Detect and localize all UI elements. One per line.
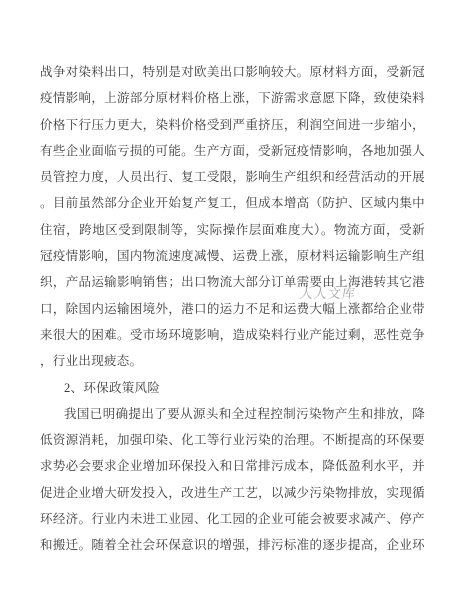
text-line: 冠疫情影响，国内物流速度减慢、运费上涨，原材料运输影响生产组 (40, 243, 425, 269)
text-line: 来很大的困难。受市场环境影响，造成染料行业产能过剩，恶性竞争 (40, 322, 425, 348)
text-line: 价格下行压力更大，染料价格受到严重挤压，利润空间进一步缩小， (40, 112, 425, 138)
text-line: 低资源消耗，加强印染、化工等行业污染的治理。不断提高的环保要 (40, 427, 425, 453)
text-line: 有些企业面临亏损的可能。生产方面，受新冠疫情影响，各地加强人 (40, 138, 425, 164)
text-line: 我国已明确提出了要从源头和全过程控制污染物产生和排放，降 (40, 401, 425, 427)
text-line: 求势必会要求企业增加环保投入和日常排污成本，降低盈利水平，并 (40, 453, 425, 479)
text-line: 促进企业增大研发投入，改进生产工艺，以减少污染物排放，实现循 (40, 480, 425, 506)
text-line: 口，除国内运输困境外，港口的运力不足和运费大幅上涨都给企业带 (40, 296, 425, 322)
text-line: 和搬迁。随着全社会环保意识的增强，排污标准的逐步提高，企业环 (40, 532, 425, 558)
text-line: 员管控力度，人员出行、复工受限，影响生产组织和经营活动的开展 (40, 164, 425, 190)
text-line: 战争对染料出口，特别是对欧美出口影响较大。原材料方面，受新冠 (40, 59, 425, 85)
text-line: 环经济。行业内未进工业园、化工园的企业可能会被要求减产、停产 (40, 506, 425, 532)
section-heading: 2、环保政策风险 (40, 375, 425, 401)
text-line: 疫情影响，上游部分原材料价格上涨，下游需求意愿下降，致使染料 (40, 85, 425, 111)
text-line: 住宿，跨地区受到限制等，实际操作层面难度大）。物流方面，受新 (40, 217, 425, 243)
text-line: 。目前虽然部分企业开始复产复工，但成本增高（防护、区域内集中 (40, 190, 425, 216)
document-page: 战争对染料出口，特别是对欧美出口影响较大。原材料方面，受新冠疫情影响，上游部分原… (0, 0, 463, 600)
document-text-block: 战争对染料出口，特别是对欧美出口影响较大。原材料方面，受新冠疫情影响，上游部分原… (40, 59, 425, 559)
text-line: 织，产品运输影响销售；出口物流大部分订单需要由上海港转其它港 (40, 269, 425, 295)
text-line: ，行业出现疲态。 (40, 348, 425, 374)
